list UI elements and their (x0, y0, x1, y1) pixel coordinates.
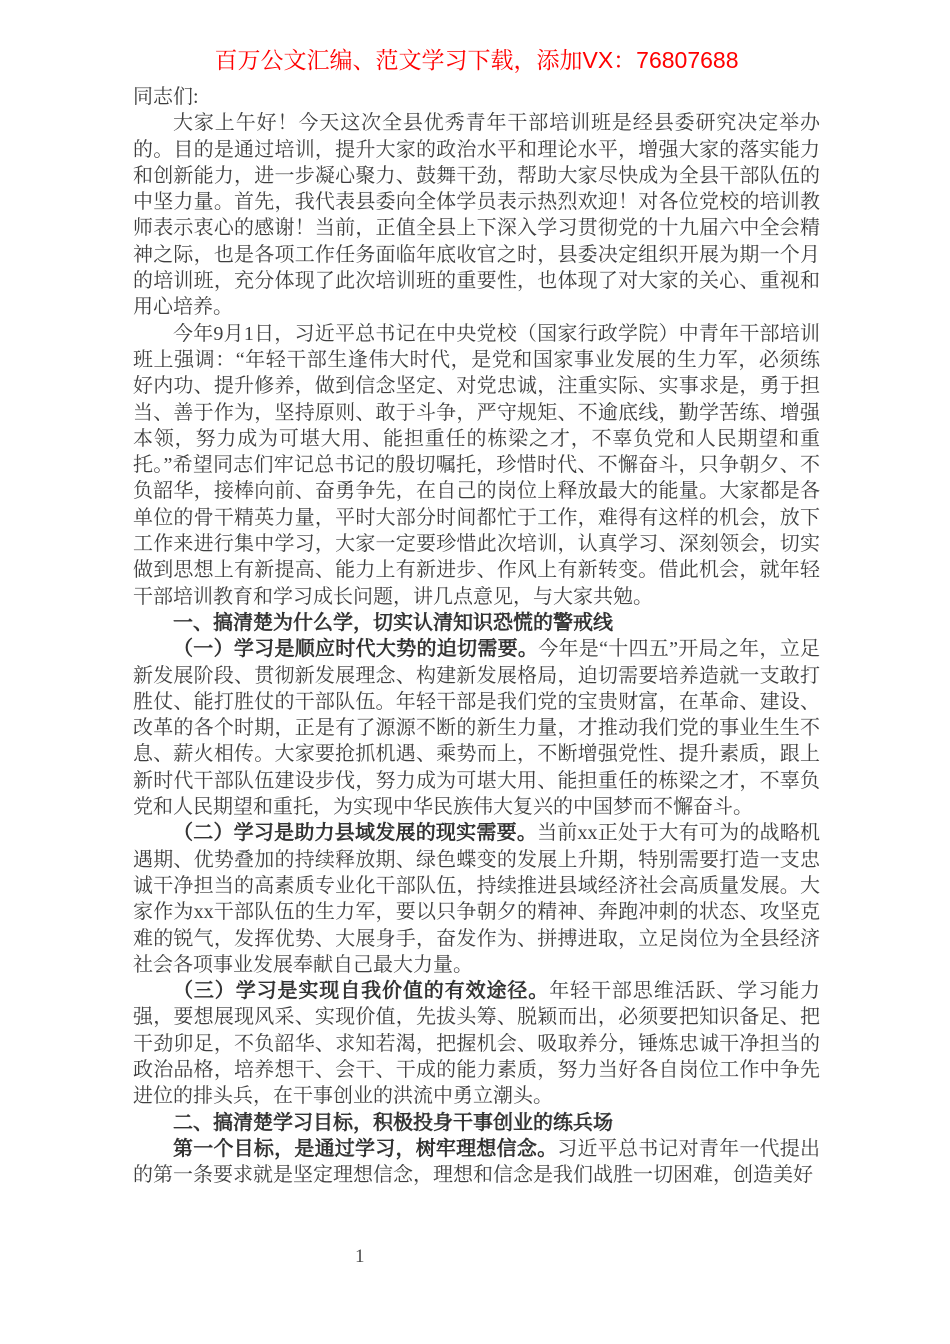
text-run: 同志们: (133, 86, 199, 108)
text-run: 今年是“十四五”开局之年，立足新发展阶段、贯彻新发展理念、构建新发展格局，迫切需… (133, 638, 820, 818)
paragraph: （三）学习是实现自我价值的有效途径。年轻干部思维活跃、学习能力强，要想展现风采、… (133, 978, 820, 1109)
promo-header-text: 百万公文汇编、范文学习下载，添加VX：76807688 (133, 45, 820, 75)
text-run: 当前xx正处于大有可为的战略机遇期、优势叠加的持续释放期、绿色蝶变的发展上升期，… (133, 822, 820, 975)
text-run: 大家上午好！今天这次全县优秀青年干部培训班是经县委研究决定举办的。目的是通过培训… (133, 112, 820, 318)
paragraph: 今年9月1日，习近平总书记在中央党校（国家行政学院）中青年干部培训班上强调：“年… (133, 321, 820, 610)
text-run: 今年9月1日，习近平总书记在中央党校（国家行政学院）中青年干部培训班上强调：“年… (133, 323, 820, 608)
page-number: 1 (355, 1244, 365, 1270)
document-page: 百万公文汇编、范文学习下载，添加VX：76807688 同志们:大家上午好！今天… (0, 0, 950, 1344)
paragraph: （一）学习是顺应时代大势的迫切需要。今年是“十四五”开局之年，立足新发展阶段、贯… (133, 636, 820, 820)
bold-text-run: 二、搞清楚学习目标，积极投身干事创业的练兵场 (173, 1112, 613, 1134)
bold-text-run: （三）学习是实现自我价值的有效途径。 (173, 980, 549, 1002)
section-heading: 一、搞清楚为什么学，切实认清知识恐慌的警戒线 (133, 610, 820, 636)
bold-text-run: 一、搞清楚为什么学，切实认清知识恐慌的警戒线 (173, 612, 613, 634)
paragraph: （二）学习是助力县域发展的现实需要。当前xx正处于大有可为的战略机遇期、优势叠加… (133, 820, 820, 978)
salutation: 同志们: (133, 84, 820, 110)
bold-text-run: 第一个目标，是通过学习，树牢理想信念。 (173, 1138, 557, 1160)
paragraph: 第一个目标，是通过学习，树牢理想信念。习近平总书记对青年一代提出的第一条要求就是… (133, 1136, 820, 1189)
bold-text-run: （一）学习是顺应时代大势的迫切需要。 (173, 638, 538, 660)
paragraph: 大家上午好！今天这次全县优秀青年干部培训班是经县委研究决定举办的。目的是通过培训… (133, 110, 820, 320)
document-body: 同志们:大家上午好！今天这次全县优秀青年干部培训班是经县委研究决定举办的。目的是… (133, 84, 820, 1188)
section-heading: 二、搞清楚学习目标，积极投身干事创业的练兵场 (133, 1110, 820, 1136)
bold-text-run: （二）学习是助力县域发展的现实需要。 (173, 822, 537, 844)
